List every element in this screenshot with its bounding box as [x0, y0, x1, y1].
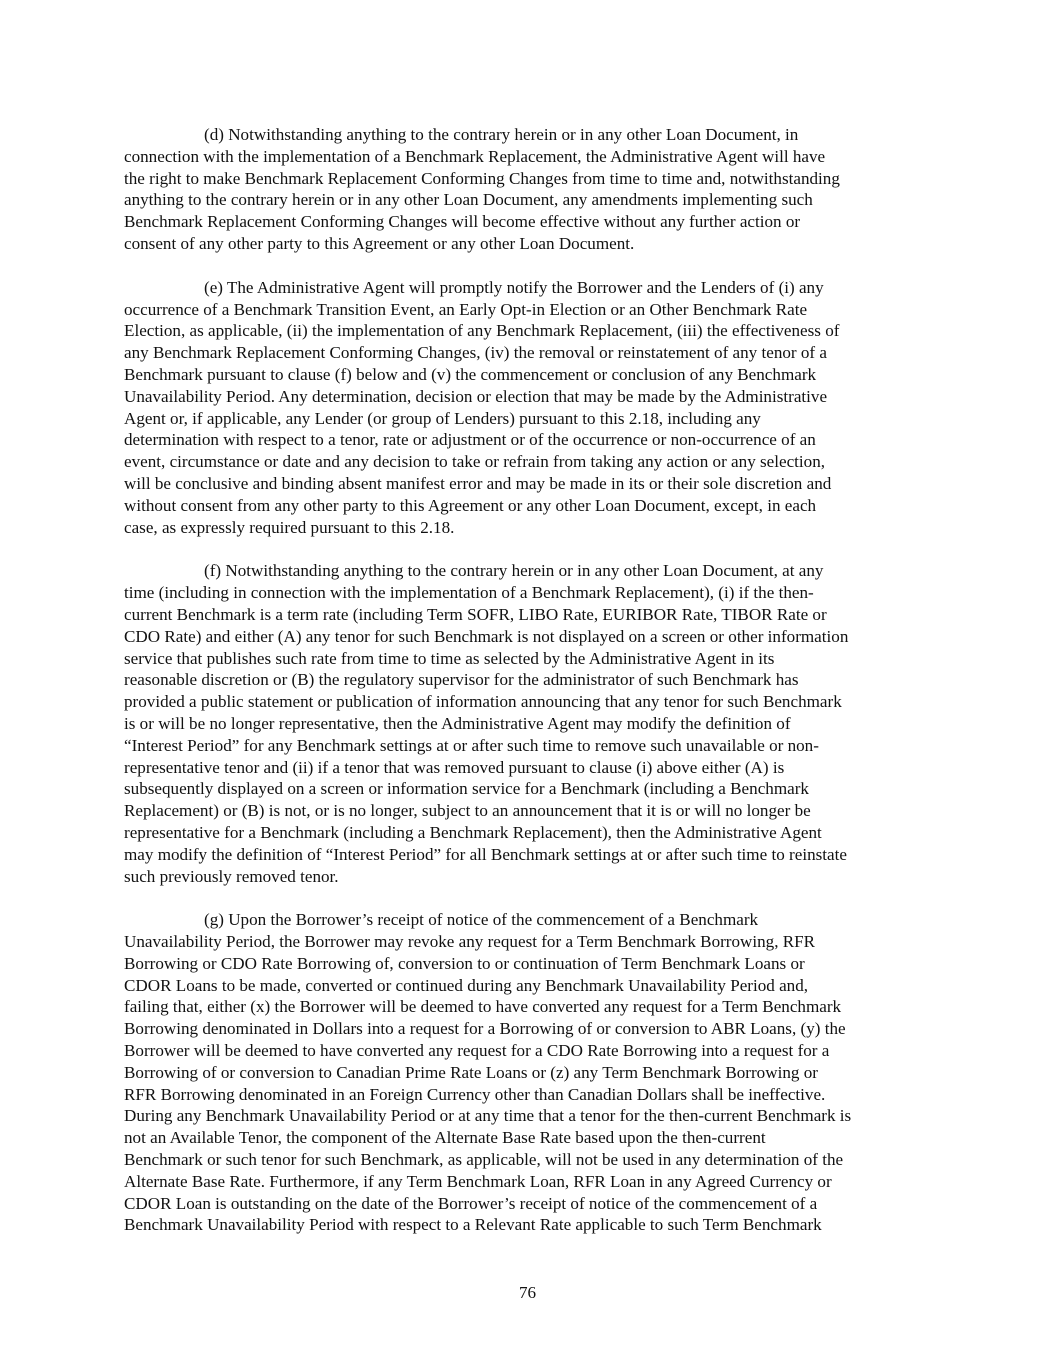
paragraph-line: Borrower will be deemed to have converte…: [124, 1040, 936, 1062]
paragraph-line: service that publishes such rate from ti…: [124, 648, 936, 670]
paragraph-line: (d) Notwithstanding anything to the cont…: [124, 124, 936, 146]
paragraph-line: not an Available Tenor, the component of…: [124, 1127, 936, 1149]
paragraph-line: occurrence of a Benchmark Transition Eve…: [124, 299, 936, 321]
paragraph-line: is or will be no longer representative, …: [124, 713, 936, 735]
paragraph-e: (e) The Administrative Agent will prompt…: [124, 277, 936, 539]
paragraph-line: RFR Borrowing denominated in an Foreign …: [124, 1084, 936, 1106]
paragraph-line: (g) Upon the Borrower’s receipt of notic…: [124, 909, 936, 931]
paragraph-line: Benchmark pursuant to clause (f) below a…: [124, 364, 936, 386]
paragraph-line: (f) Notwithstanding anything to the cont…: [124, 560, 936, 582]
paragraph-line: CDOR Loan is outstanding on the date of …: [124, 1193, 936, 1215]
paragraph-line: During any Benchmark Unavailability Peri…: [124, 1105, 936, 1127]
paragraph-line: will be conclusive and binding absent ma…: [124, 473, 936, 495]
paragraph-line: Benchmark Replacement Conforming Changes…: [124, 211, 936, 233]
paragraph-line: Benchmark or such tenor for such Benchma…: [124, 1149, 936, 1171]
paragraph-line: without consent from any other party to …: [124, 495, 936, 517]
paragraph-line: CDO Rate) and either (A) any tenor for s…: [124, 626, 936, 648]
paragraph-line: anything to the contrary herein or in an…: [124, 189, 936, 211]
paragraph-line: case, as expressly required pursuant to …: [124, 517, 936, 539]
paragraph-line: failing that, either (x) the Borrower wi…: [124, 996, 936, 1018]
paragraph-line: Alternate Base Rate. Furthermore, if any…: [124, 1171, 936, 1193]
paragraph-line: representative for a Benchmark (includin…: [124, 822, 936, 844]
paragraph-line: consent of any other party to this Agree…: [124, 233, 936, 255]
paragraph-line: current Benchmark is a term rate (includ…: [124, 604, 936, 626]
paragraph-line: time (including in connection with the i…: [124, 582, 936, 604]
paragraph-line: (e) The Administrative Agent will prompt…: [124, 277, 936, 299]
paragraph-line: “Interest Period” for any Benchmark sett…: [124, 735, 936, 757]
paragraph-line: reasonable discretion or (B) the regulat…: [124, 669, 936, 691]
paragraph-line: any Benchmark Replacement Conforming Cha…: [124, 342, 936, 364]
paragraph-line: Borrowing or CDO Rate Borrowing of, conv…: [124, 953, 936, 975]
paragraph-line: event, circumstance or date and any deci…: [124, 451, 936, 473]
paragraph-line: subsequently displayed on a screen or in…: [124, 778, 936, 800]
paragraph-line: CDOR Loans to be made, converted or cont…: [124, 975, 936, 997]
paragraph-line: Unavailability Period, the Borrower may …: [124, 931, 936, 953]
paragraph-d: (d) Notwithstanding anything to the cont…: [124, 124, 936, 255]
paragraph-line: provided a public statement or publicati…: [124, 691, 936, 713]
paragraph-line: may modify the definition of “Interest P…: [124, 844, 936, 866]
document-page-body: (d) Notwithstanding anything to the cont…: [124, 124, 936, 1258]
paragraph-line: connection with the implementation of a …: [124, 146, 936, 168]
paragraph-line: Agent or, if applicable, any Lender (or …: [124, 408, 936, 430]
paragraph-line: Replacement) or (B) is not, or is no lon…: [124, 800, 936, 822]
paragraph-line: representative tenor and (ii) if a tenor…: [124, 757, 936, 779]
paragraph-line: Benchmark Unavailability Period with res…: [124, 1214, 936, 1236]
paragraph-g: (g) Upon the Borrower’s receipt of notic…: [124, 909, 936, 1236]
paragraph-f: (f) Notwithstanding anything to the cont…: [124, 560, 936, 887]
paragraph-line: Borrowing of or conversion to Canadian P…: [124, 1062, 936, 1084]
paragraph-line: determination with respect to a tenor, r…: [124, 429, 936, 451]
paragraph-line: such previously removed tenor.: [124, 866, 936, 888]
paragraph-line: the right to make Benchmark Replacement …: [124, 168, 936, 190]
page-number: 76: [0, 1282, 1055, 1304]
paragraph-line: Borrowing denominated in Dollars into a …: [124, 1018, 936, 1040]
paragraph-line: Unavailability Period. Any determination…: [124, 386, 936, 408]
paragraph-line: Election, as applicable, (ii) the implem…: [124, 320, 936, 342]
